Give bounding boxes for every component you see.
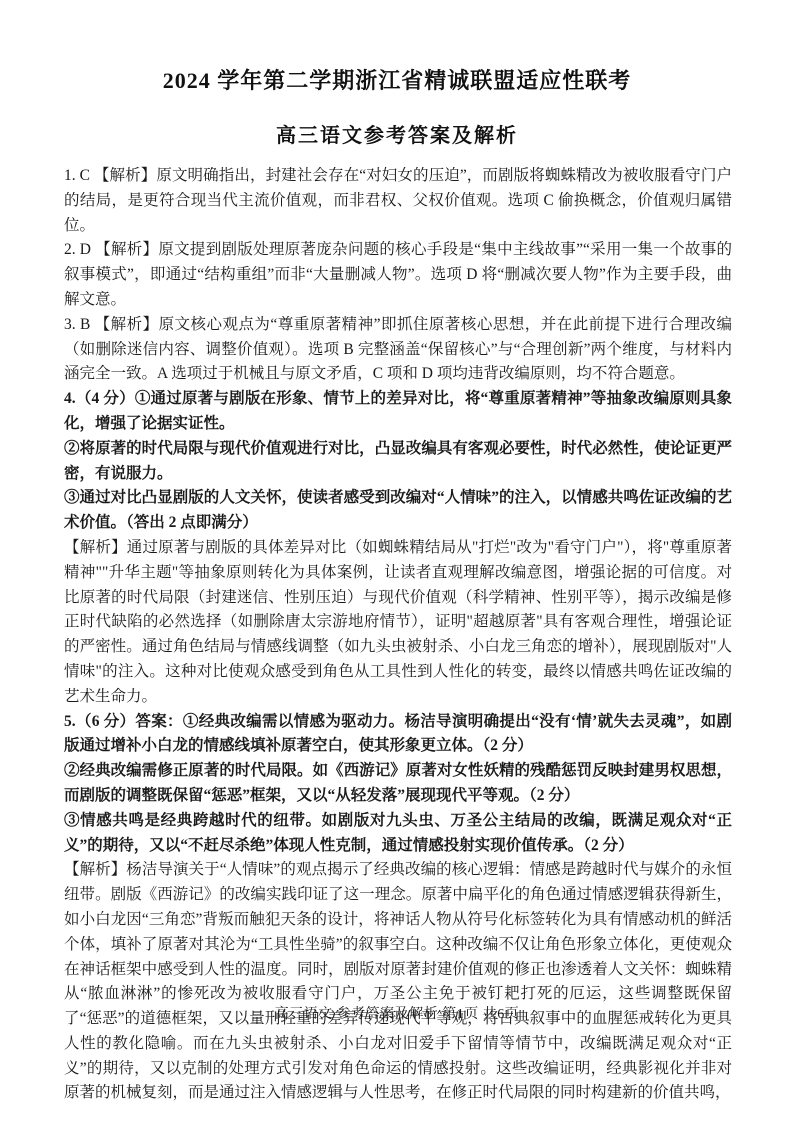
q4-analysis: 【解析】通过原著与剧版的具体差异对比（如蜘蛛精结局从"打烂"改为"看守门户"），… xyxy=(64,536,732,710)
document-subtitle: 高三语文参考答案及解析 xyxy=(0,119,794,148)
document-page: 2024 学年第二学期浙江省精诚联盟适应性联考 高三语文参考答案及解析 1. C… xyxy=(0,0,794,1123)
q1-answer: 1. C 【解析】原文明确指出，封建社会存在“对妇女的压迫”，而剧版将蜘蛛精改为… xyxy=(64,164,732,238)
q4-answer-point2: ②将原著的时代局限与现代价值观进行对比，凸显改编具有客观必要性，时代必然性，使论… xyxy=(64,437,732,487)
document-title: 2024 学年第二学期浙江省精诚联盟适应性联考 xyxy=(0,64,794,95)
q4-answer-point3: ③通过对比凸显剧版的人文关怀，使读者感受到改编对“人情味”的注入，以情感共鸣佐证… xyxy=(64,486,732,536)
q2-answer: 2. D 【解析】原文提到剧版处理原著庞杂问题的核心手段是“集中主线故事”“采用… xyxy=(64,238,732,312)
q5-analysis: 【解析】杨洁导演关于“人情味”的观点揭示了经典改编的核心逻辑：情感是跨越时代与媒… xyxy=(64,858,732,1106)
answers-body: 1. C 【解析】原文明确指出，封建社会存在“对妇女的压迫”，而剧版将蜘蛛精改为… xyxy=(0,164,794,1106)
q5-answer-point1: 5.（6 分）答案：①经典改编需以情感为驱动力。杨洁导演明确提出“没有‘情’就失… xyxy=(64,710,732,760)
page-footer: 高三语文 参考答案及解析 第1页 共6页 xyxy=(0,1003,794,1023)
q3-answer: 3. B 【解析】原文核心观点为“尊重原著精神”即抓住原著核心思想，并在此前提下… xyxy=(64,313,732,387)
q4-answer-point1: 4.（4 分）①通过原著与剧版在形象、情节上的差异对比，将“尊重原著精神”等抽象… xyxy=(64,387,732,437)
q5-answer-point3: ③情感共鸣是经典跨越时代的纽带。如剧版对九头虫、万圣公主结局的改编，既满足观众对… xyxy=(64,809,732,859)
q5-answer-point2: ②经典改编需修正原著的时代局限。如《西游记》原著对女性妖精的残酷惩罚反映封建男权… xyxy=(64,759,732,809)
